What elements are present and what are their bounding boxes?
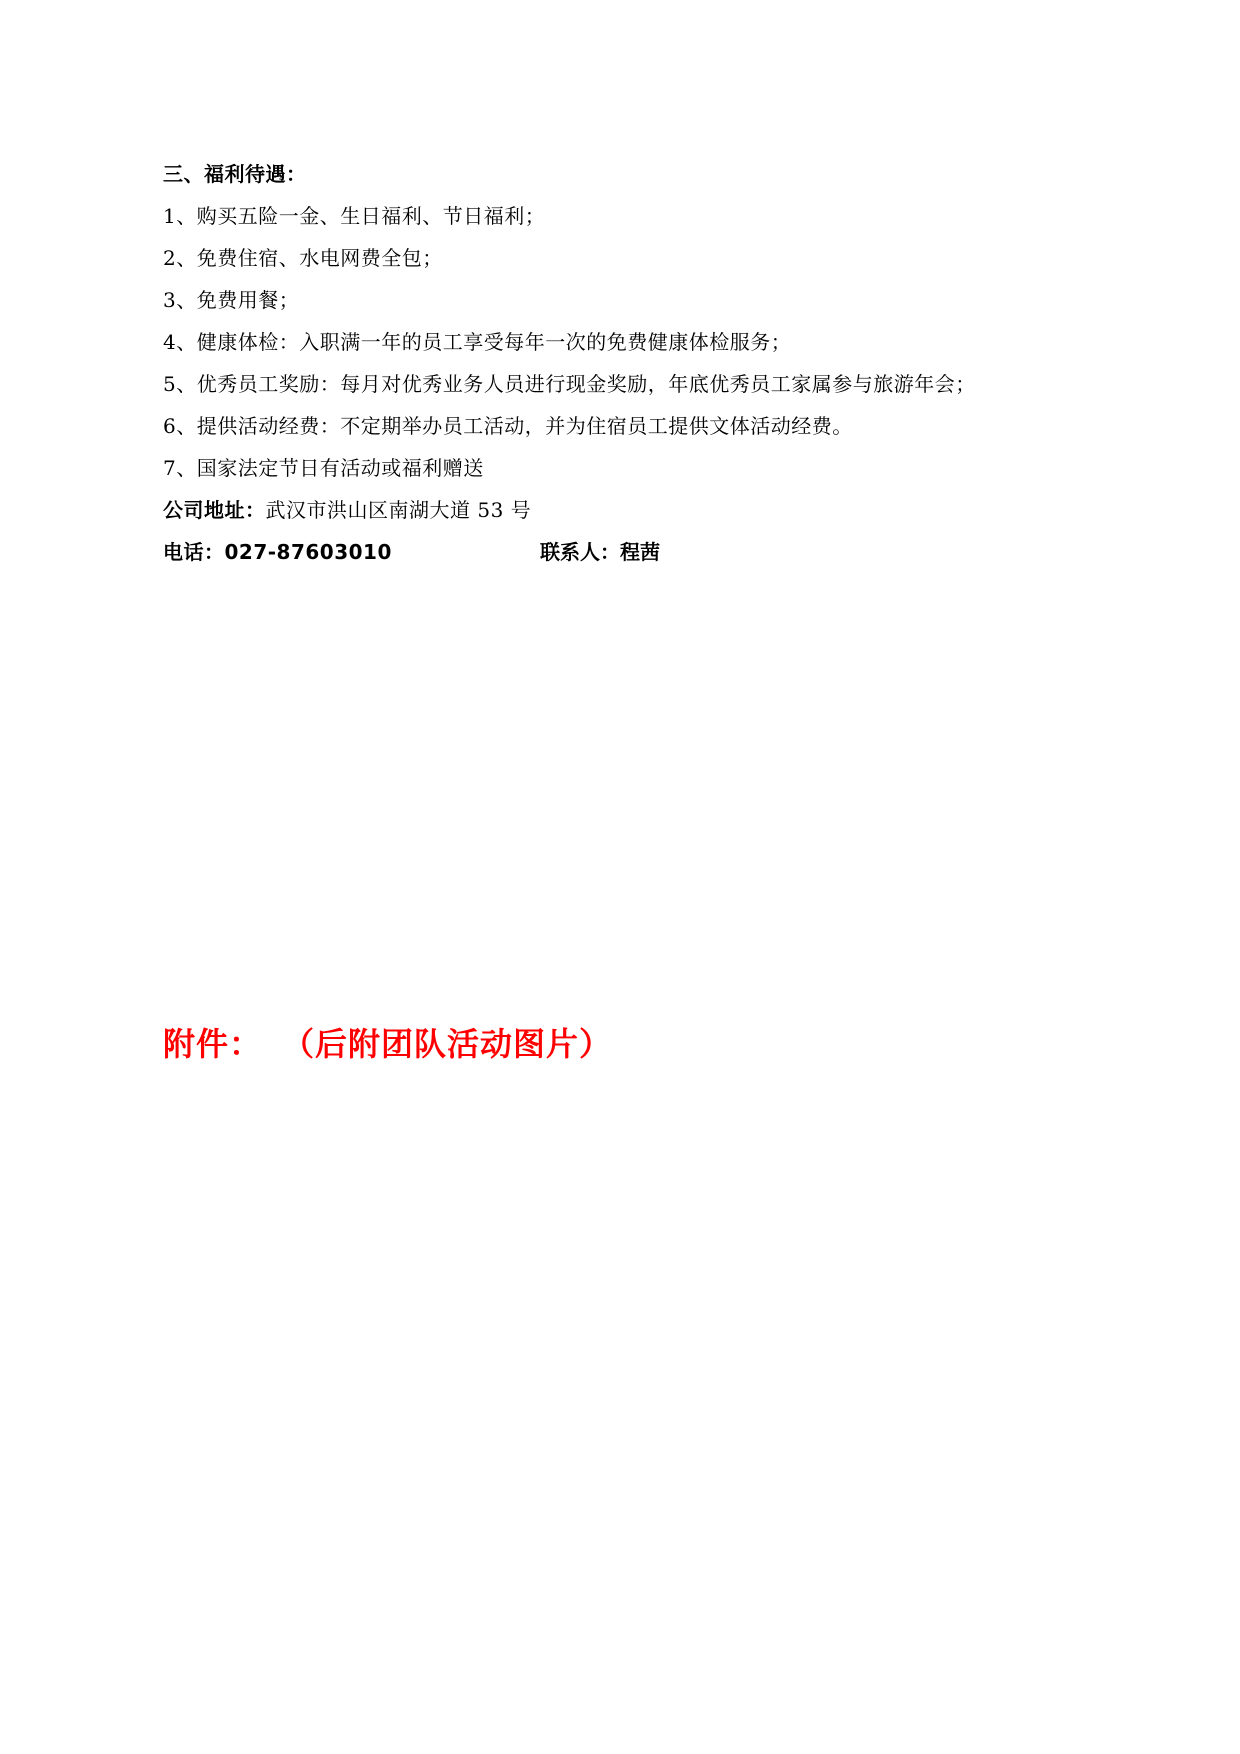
section-title: 三、福利待遇： — [163, 160, 307, 188]
contact-person: 联系人：程茜 — [540, 538, 660, 566]
benefit-item-4: 4、健康体检：入职满一年的员工享受每年一次的免费健康体检服务； — [163, 328, 791, 356]
phone-value: 027-87603010 — [225, 540, 392, 564]
attachment-value: （后附团队活动图片） — [282, 1025, 612, 1063]
benefit-item-6: 6、提供活动经费：不定期举办员工活动，并为住宿员工提供文体活动经费。 — [163, 412, 853, 440]
phone-label: 电话： — [163, 540, 225, 564]
address-value: 武汉市洪山区南湖大道 53 号 — [266, 498, 532, 522]
document-page: 三、福利待遇： 1、购买五险一金、生日福利、节日福利； 2、免费住宿、水电网费全… — [0, 0, 1240, 1754]
benefit-item-5: 5、优秀员工奖励：每月对优秀业务人员进行现金奖励，年底优秀员工家属参与旅游年会； — [163, 370, 976, 398]
attachment-note: 附件：（后附团队活动图片） — [163, 1024, 612, 1064]
attachment-label: 附件： — [163, 1025, 262, 1063]
address-label: 公司地址： — [163, 498, 266, 522]
company-address: 公司地址：武汉市洪山区南湖大道 53 号 — [163, 496, 531, 524]
benefit-item-7: 7、国家法定节日有活动或福利赠送 — [163, 454, 484, 482]
benefit-item-1: 1、购买五险一金、生日福利、节日福利； — [163, 202, 545, 230]
benefit-item-2: 2、免费住宿、水电网费全包； — [163, 244, 443, 272]
phone: 电话：027-87603010 — [163, 538, 392, 566]
benefit-item-3: 3、免费用餐； — [163, 286, 299, 314]
contact-label: 联系人： — [540, 540, 620, 564]
contact-value: 程茜 — [620, 540, 660, 564]
